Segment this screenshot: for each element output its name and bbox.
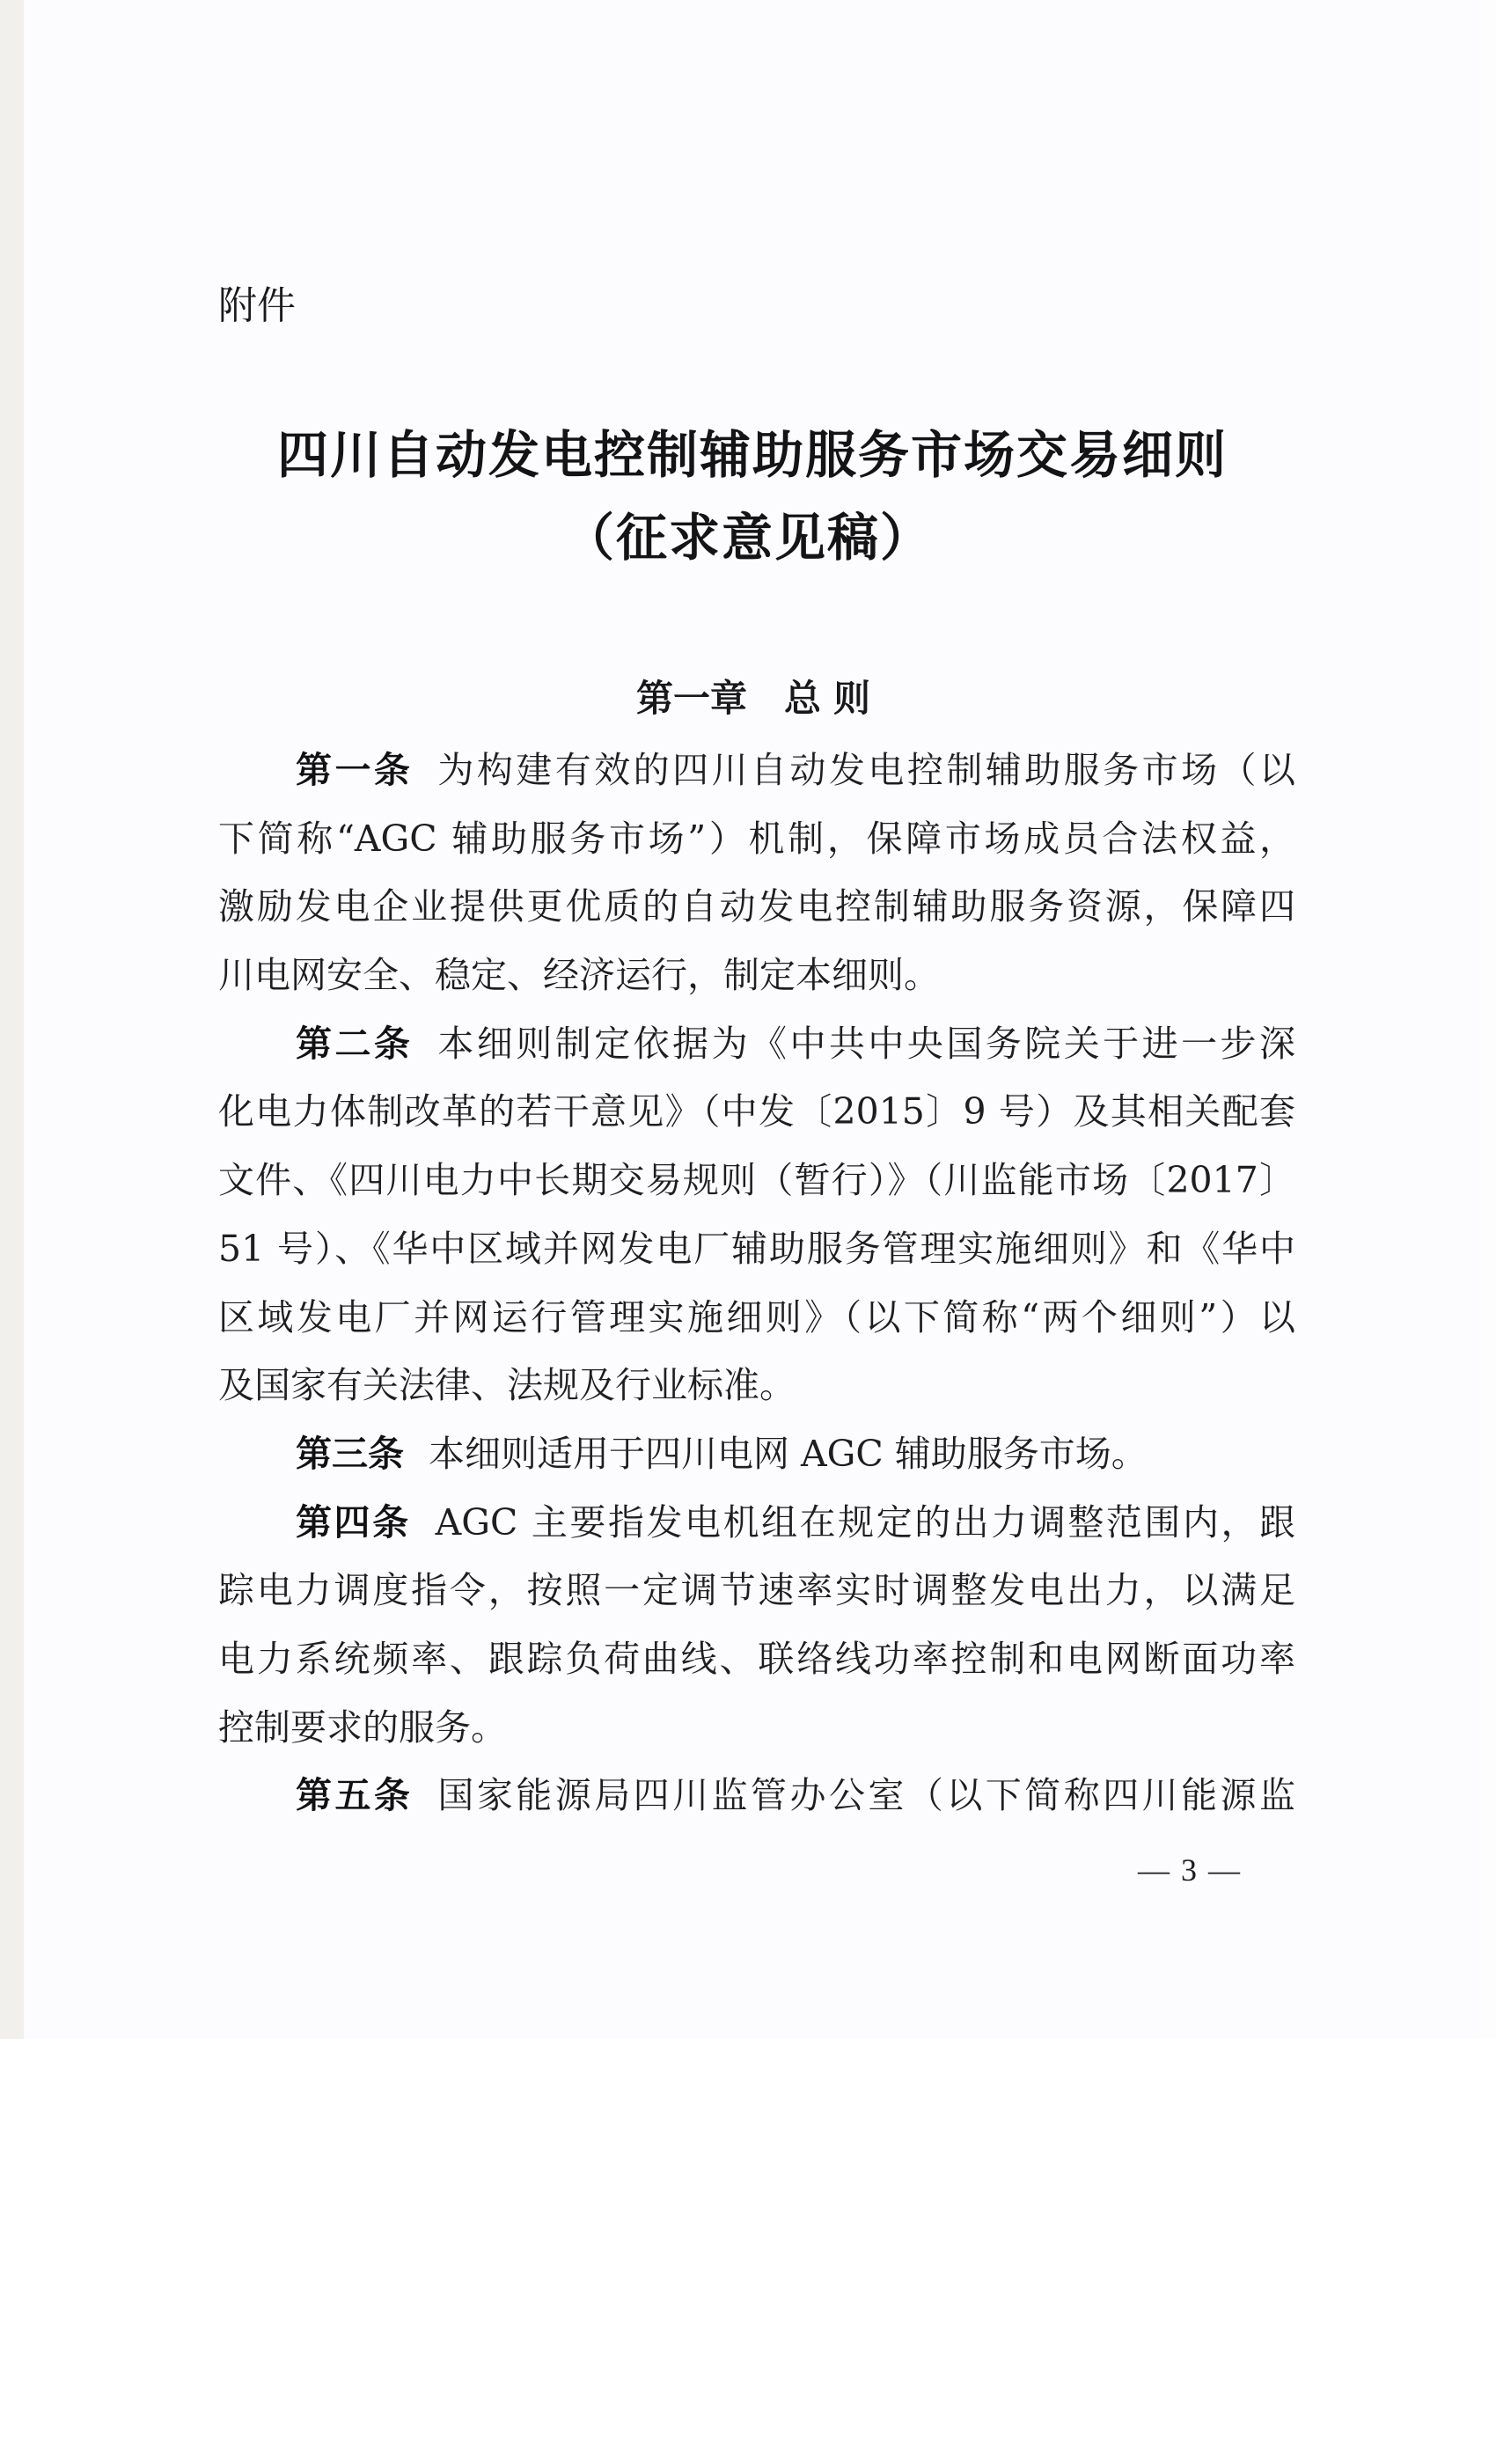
page-right-edge — [1480, 0, 1496, 2039]
document-subtitle: （征求意见稿） — [0, 507, 1496, 568]
article-4-line-1: 第四条AGC 主要指发电机组在规定的出力调整范围内，跟 — [218, 1499, 1295, 1567]
article-1-line-1: 第一条为构建有效的四川自动发电控制辅助服务市场（以 — [218, 746, 1295, 815]
chapter-title-char-2: 则 — [833, 677, 870, 720]
article-4-line-3: 电力系统频率、跟踪负荷曲线、联络线功率控制和电网断面功率 — [218, 1635, 1295, 1704]
article-number: 第四条 — [296, 1501, 411, 1544]
article-text: 国家能源局四川监管办公室（以下简称四川能源监 — [437, 1774, 1295, 1816]
document-title: 四川自动发电控制辅助服务市场交易细则 — [0, 424, 1496, 486]
chapter-heading: 第一章总则 — [0, 678, 1496, 720]
article-2-line-5: 区域发电厂并网运行管理实施细则》（以下简称“两个细则”）以 — [218, 1294, 1295, 1362]
article-4-line-4: 控制要求的服务。 — [218, 1704, 1295, 1772]
article-2-line-4: 51 号）、《华中区域并网发电厂辅助服务管理实施细则》和《华中 — [218, 1225, 1295, 1294]
article-4-line-2: 踪电力调度指令，按照一定调节速率实时调整发电出力，以满足 — [218, 1566, 1295, 1635]
article-text: 本细则制定依据为《中共中央国务院关于进一步深 — [437, 1023, 1295, 1065]
article-2-line-1: 第二条本细则制定依据为《中共中央国务院关于进一步深 — [218, 1020, 1295, 1089]
article-number: 第二条 — [296, 1023, 413, 1065]
article-text: 本细则适用于四川电网 AGC 辅助服务市场。 — [429, 1433, 1148, 1475]
article-2-line-6: 及国家有关法律、法规及行业标准。 — [218, 1361, 1295, 1430]
article-number: 第五条 — [296, 1774, 413, 1816]
article-text: AGC 主要指发电机组在规定的出力调整范围内，跟 — [436, 1501, 1295, 1544]
article-text: 为构建有效的四川自动发电控制辅助服务市场（以 — [437, 749, 1295, 791]
article-2-line-3: 文件、《四川电力中长期交易规则（暂行）》（川监能市场〔2017〕 — [218, 1156, 1295, 1225]
article-3-line-1: 第三条本细则适用于四川电网 AGC 辅助服务市场。 — [218, 1430, 1295, 1499]
article-1-line-4: 川电网安全、稳定、经济运行，制定本细则。 — [218, 951, 1295, 1020]
attachment-label: 附件 — [218, 283, 296, 329]
scan-edge-strip — [0, 0, 24, 2039]
chapter-title-char-1: 总 — [784, 677, 821, 720]
article-1-line-2: 下简称“AGC 辅助服务市场”）机制，保障市场成员合法权益， — [218, 815, 1295, 884]
article-5-line-1: 第五条国家能源局四川监管办公室（以下简称四川能源监 — [218, 1771, 1295, 1840]
article-1-line-3: 激励发电企业提供更优质的自动发电控制辅助服务资源，保障四 — [218, 883, 1295, 951]
chapter-number: 第一章 — [636, 677, 747, 720]
article-number: 第三条 — [296, 1433, 404, 1475]
blank-area-below-page — [0, 2039, 1496, 2464]
page-number: — 3 — — [1138, 1852, 1242, 1888]
article-2-line-2: 化电力体制改革的若干意见》（中发〔2015〕9 号）及其相关配套 — [218, 1088, 1295, 1156]
body-text: 第一条为构建有效的四川自动发电控制辅助服务市场（以 下简称“AGC 辅助服务市场… — [218, 746, 1295, 1840]
article-number: 第一条 — [296, 749, 413, 791]
